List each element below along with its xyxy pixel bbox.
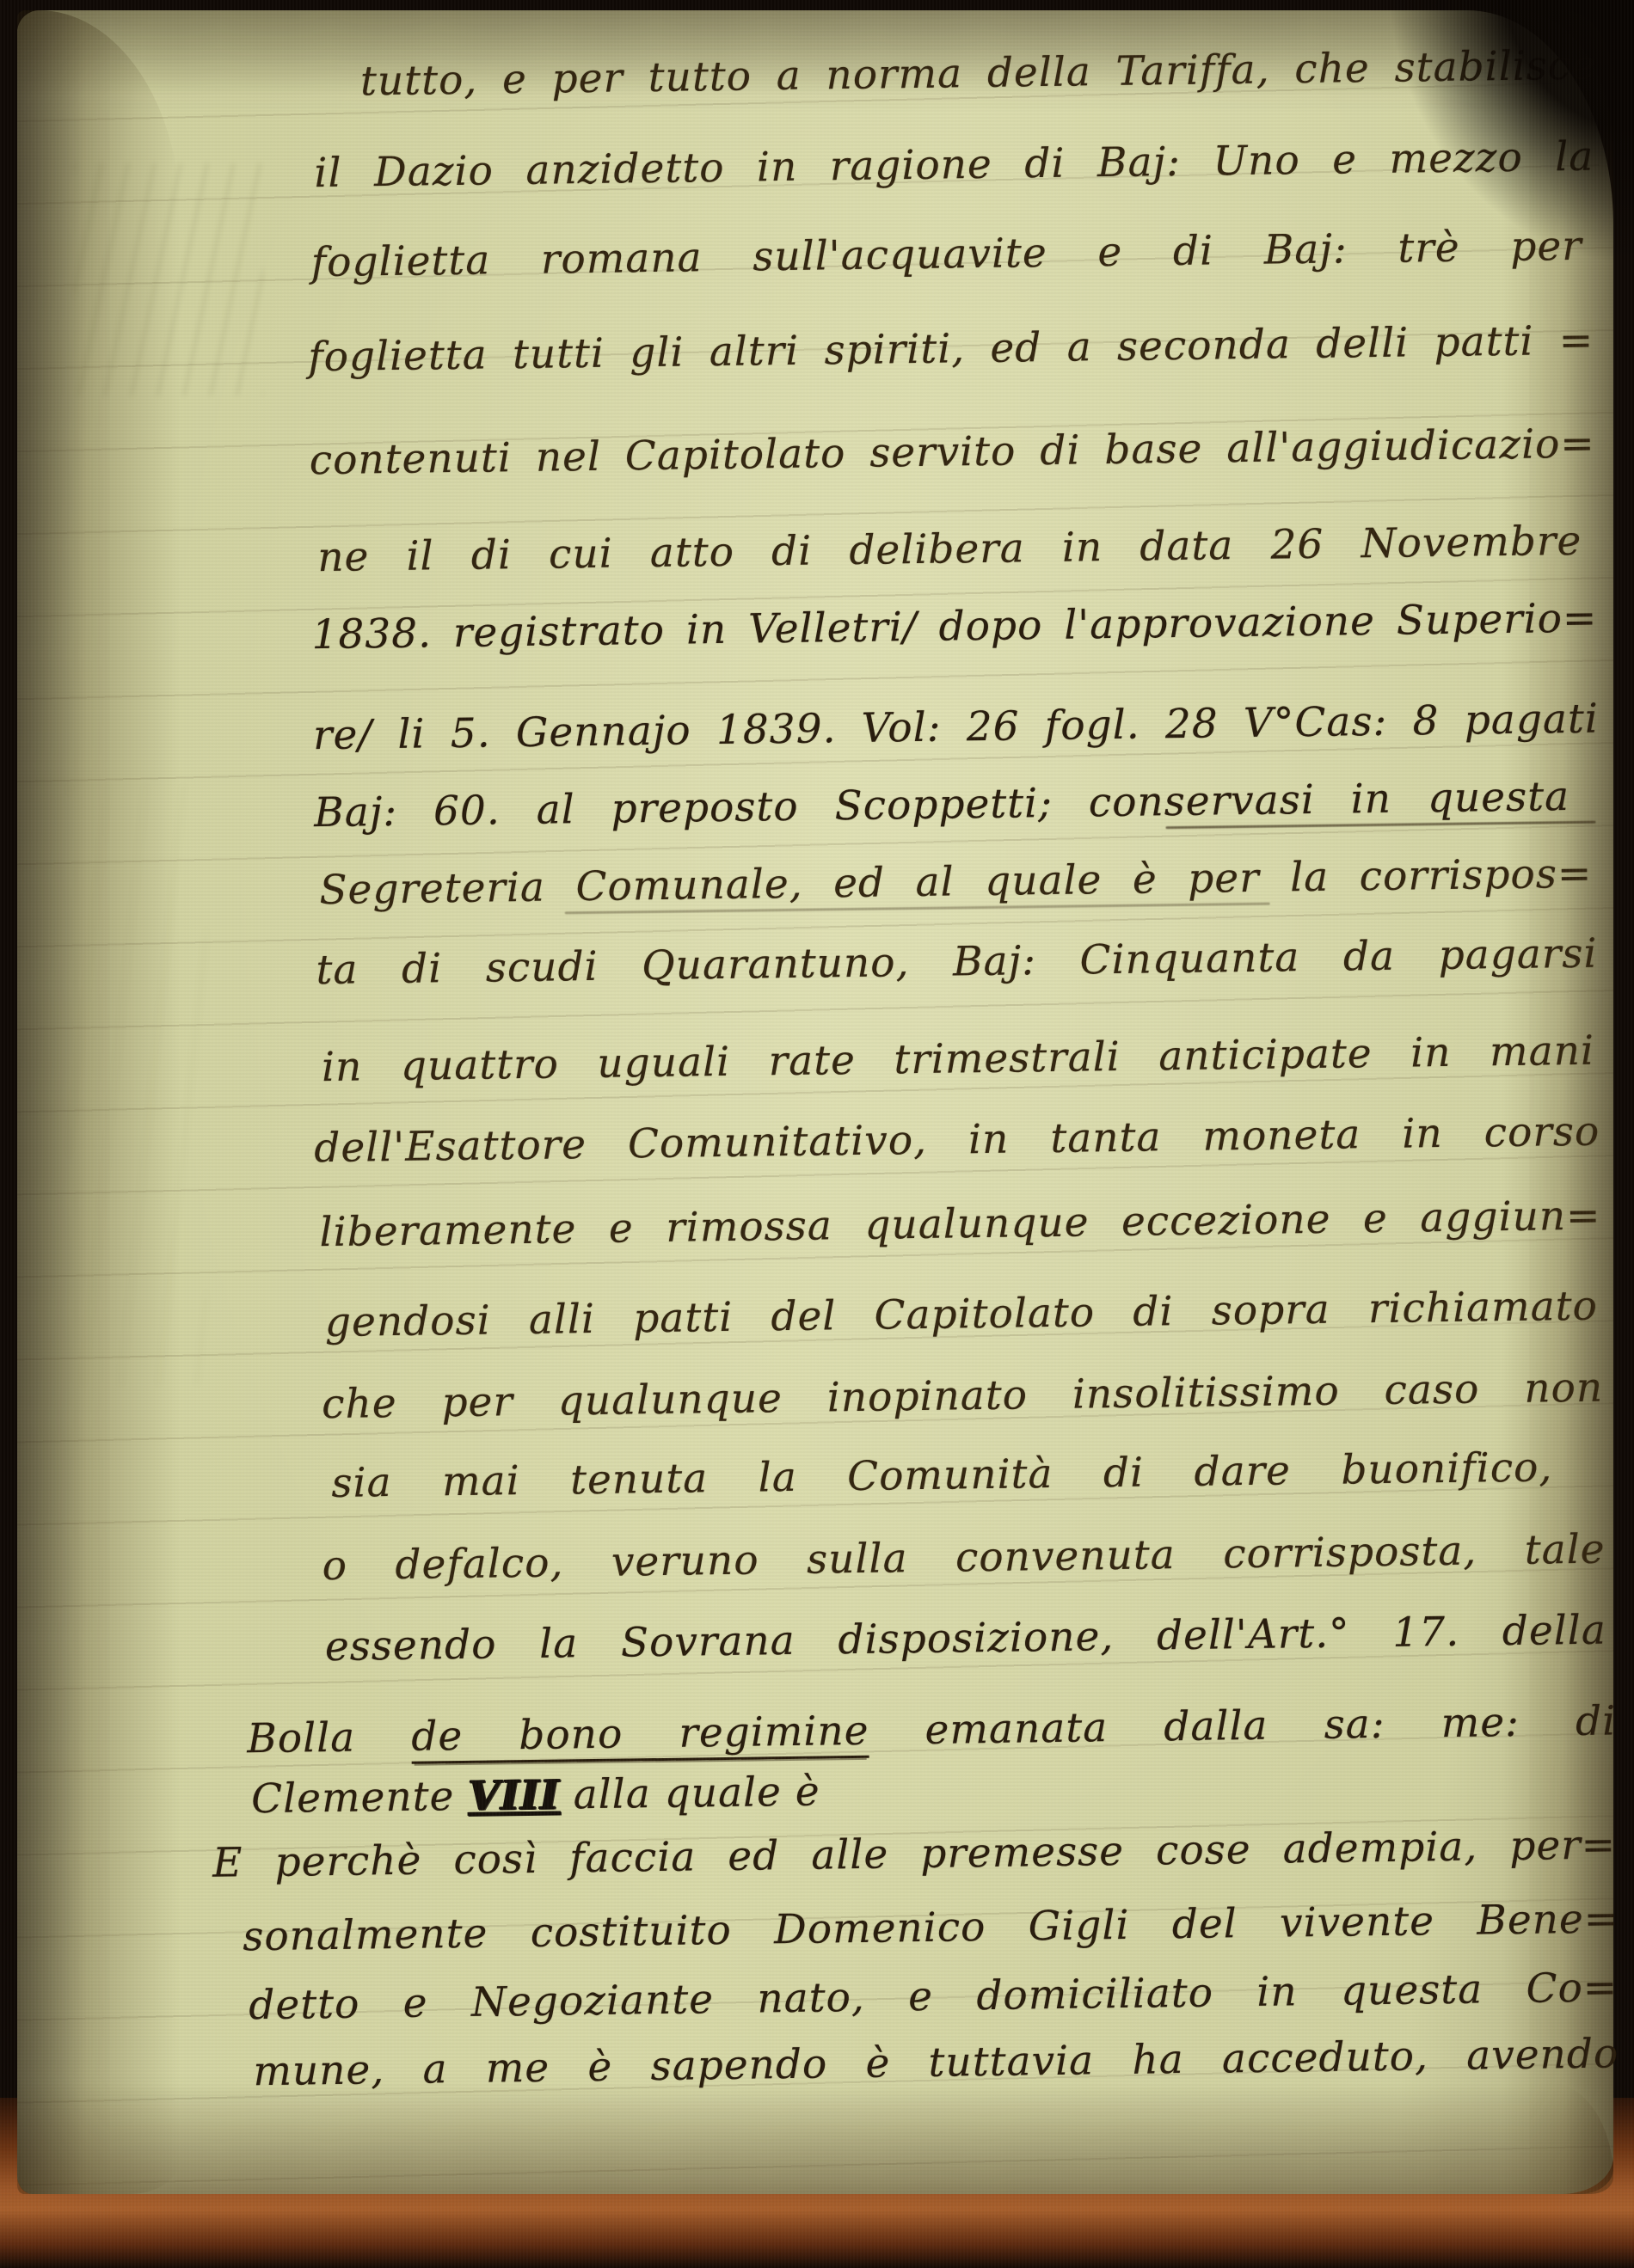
manuscript-line: gendosi alli patti del Capitolato di sop… [325, 1279, 1599, 1351]
overwritten-numeral: VIII [468, 1772, 560, 1820]
manuscript-line: essendo la Sovrana disposizione, dell'Ar… [324, 1603, 1606, 1675]
manuscript-line: liberamente e rimossa qualunque eccezion… [319, 1189, 1601, 1260]
manuscript-line: Bolla de bono regimine emanata dalla sa:… [247, 1694, 1617, 1767]
manuscript-line: Baj: 60. al preposto Scoppetti; conserva… [314, 769, 1570, 841]
manuscript-line: o defalco, veruno sulla convenuta corris… [322, 1523, 1606, 1595]
manuscript-line: E perchè così faccia ed alle premesse co… [212, 1817, 1617, 1891]
line-segment: Clemente [251, 1773, 469, 1823]
manuscript-line: il Dazio anzidetto in ragione di Baj: Un… [314, 130, 1594, 201]
manuscript-line: sonalmente costituito Domenico Gigli del… [243, 1891, 1619, 1965]
manuscript-line: foglietta tutti gli altri spiriti, ed a … [308, 314, 1594, 386]
manuscript-line: foglietta romana sull'acquavite e di Baj… [310, 219, 1582, 291]
manuscript-page: tutto, e per tutto a norma della Tariffa… [17, 10, 1613, 2194]
manuscript-line: 1838. registrato in Velletri/ dopo l'app… [311, 592, 1598, 664]
manuscript-line: mune, a me è sapendo è tuttavia ha acced… [253, 2026, 1619, 2099]
scanned-manuscript-photo: tutto, e per tutto a norma della Tariffa… [0, 0, 1634, 2268]
manuscript-line: ta di scudi Quarantuno, Baj: Cinquanta d… [316, 927, 1598, 998]
manuscript-line: sia mai tenuta la Comunità di dare buoni… [331, 1440, 1553, 1511]
underlined-phrase: de bono regimine [411, 1707, 869, 1764]
handwritten-text: tutto, e per tutto a norma della Tariffa… [3, 0, 1627, 2198]
manuscript-line: Clemente VIII alla quale è [251, 1765, 820, 1828]
line-segment: alla quale è [559, 1768, 820, 1819]
manuscript-line: contenuti nel Capitolato servito di base… [309, 417, 1595, 489]
manuscript-line: ne il di cui atto di delibera in data 26… [317, 514, 1582, 585]
manuscript-line: tutto, e per tutto a norma della Tariffa… [360, 39, 1597, 110]
manuscript-line: detto e Negoziante nato, e domiciliato i… [249, 1960, 1619, 2033]
manuscript-line: che per qualunque inopinato insolitissim… [322, 1361, 1604, 1432]
line-segment: emanata dalla sa: me: di [869, 1697, 1616, 1754]
manuscript-line: re/ li 5. Gennajo 1839. Vol: 26 fogl. 28… [313, 692, 1600, 764]
line-segment: Bolla [247, 1713, 412, 1762]
manuscript-line: dell'Esattore Comunitativo, in tanta mon… [314, 1105, 1600, 1177]
manuscript-line: in quattro uguali rate trimestrali antic… [322, 1024, 1595, 1095]
